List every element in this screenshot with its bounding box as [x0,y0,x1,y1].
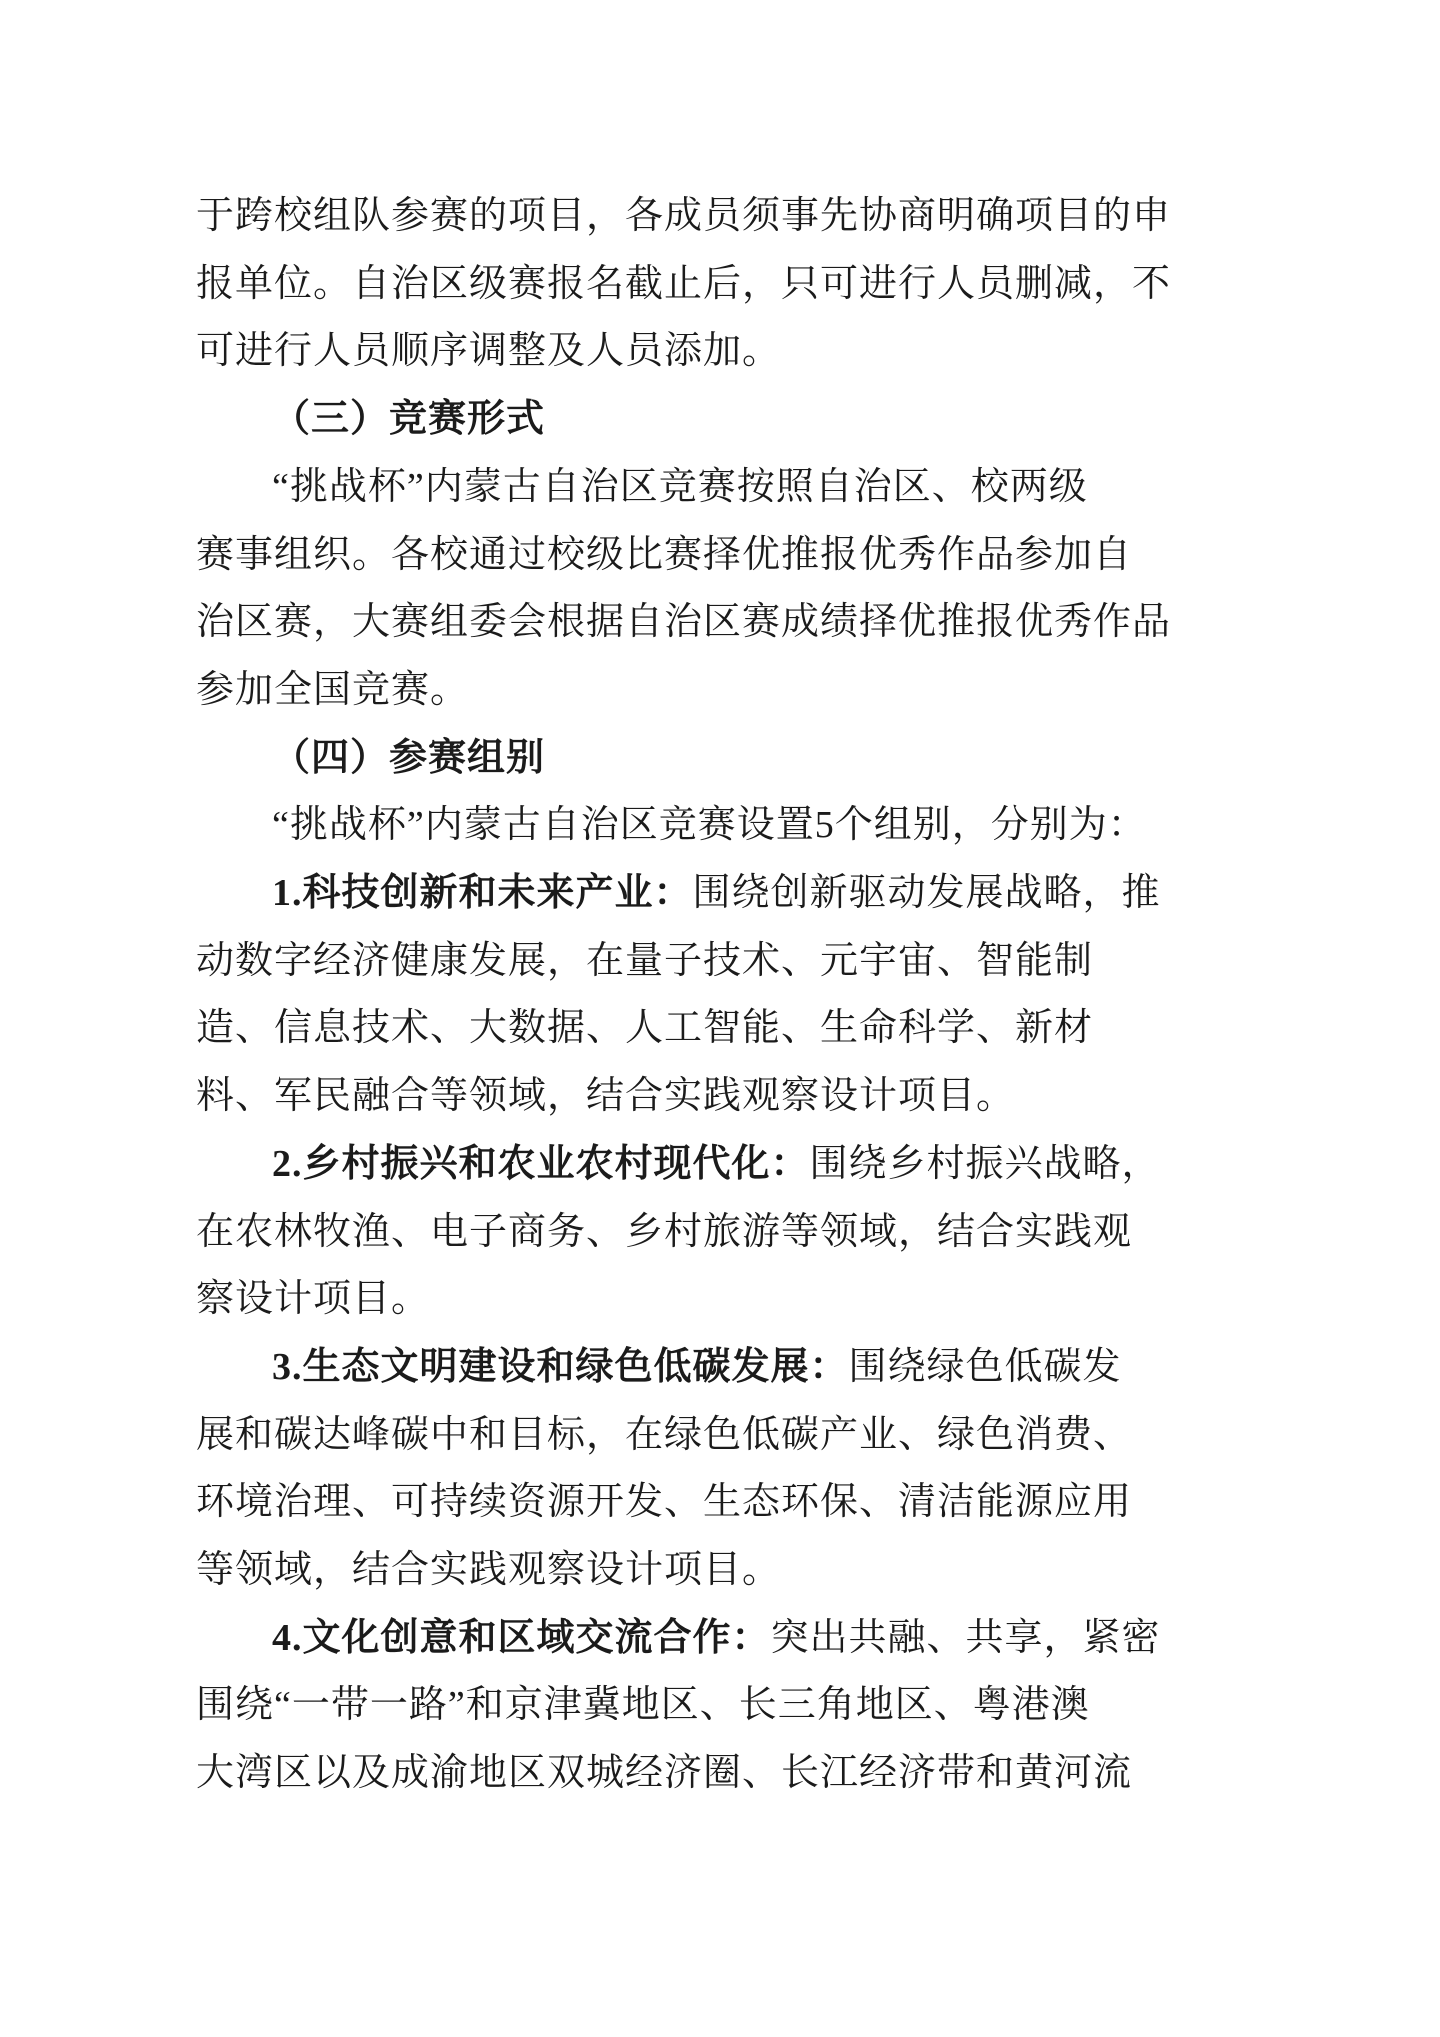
doc-line: “挑战杯”内蒙古自治区竞赛按照自治区、校两级 [196,454,1200,522]
doc-line-text: 等领域，结合实践观察设计项目。 [196,1549,781,1591]
doc-line-text: 料、军民融合等领域，结合实践观察设计项目。 [196,1075,1015,1117]
doc-line-text: 突出共融、共享，紧密 [771,1617,1161,1659]
doc-line-bold: （三）竞赛形式 [272,398,545,440]
doc-item-4: 4.文化创意和区域交流合作：突出共融、共享，紧密 [196,1605,1200,1673]
doc-item-1: 1.科技创新和未来产业：围绕创新驱动发展战略，推 [196,860,1200,928]
doc-line-text: 治区赛，大赛组委会根据自治区赛成绩择优推报优秀作品 [196,601,1171,643]
doc-line-text: 展和碳达峰碳中和目标，在绿色低碳产业、绿色消费、 [196,1414,1132,1456]
doc-line: 动数字经济健康发展，在量子技术、元宇宙、智能制 [196,928,1200,996]
doc-line-text: 动数字经济健康发展，在量子技术、元宇宙、智能制 [196,940,1093,982]
doc-heading-4: （四）参赛组别 [196,725,1200,793]
doc-line: 赛事组织。各校通过校级比赛择优推报优秀作品参加自 [196,522,1200,590]
doc-heading-3: （三）竞赛形式 [196,386,1200,454]
doc-line-text: 可进行人员顺序调整及人员添加。 [196,330,781,372]
doc-line-text: 赛事组织。各校通过校级比赛择优推报优秀作品参加自 [196,534,1132,576]
doc-line-text: 大湾区以及成渝地区双城经济圈、长江经济带和黄河流 [196,1752,1132,1794]
doc-line-text: “挑战杯”内蒙古自治区竞赛按照自治区、校两级 [272,466,1088,508]
doc-line-text: 于跨校组队参赛的项目，各成员须事先协商明确项目的申 [196,195,1171,237]
document-page: 于跨校组队参赛的项目，各成员须事先协商明确项目的申 报单位。自治区级赛报名截止后… [0,0,1440,2037]
doc-line-text: 围绕创新驱动发展战略，推 [693,872,1161,914]
doc-line: 等领域，结合实践观察设计项目。 [196,1537,1200,1605]
doc-line: 围绕“一带一路”和京津冀地区、长三角地区、粤港澳 [196,1672,1200,1740]
doc-line: 报单位。自治区级赛报名截止后，只可进行人员删减，不 [196,251,1200,319]
doc-line: 展和碳达峰碳中和目标，在绿色低碳产业、绿色消费、 [196,1402,1200,1470]
doc-line-bold: 4.文化创意和区域交流合作： [272,1617,771,1659]
doc-line-text: 报单位。自治区级赛报名截止后，只可进行人员删减，不 [196,263,1171,305]
doc-line: 在农林牧渔、电子商务、乡村旅游等领域，结合实践观 [196,1199,1200,1267]
doc-line-text: 围绕绿色低碳发 [849,1346,1122,1388]
doc-item-2: 2.乡村振兴和农业农村现代化：围绕乡村振兴战略， [196,1131,1200,1199]
doc-line: 环境治理、可持续资源开发、生态环保、清洁能源应用 [196,1469,1200,1537]
doc-line: 参加全国竞赛。 [196,657,1200,725]
document-text-block: 于跨校组队参赛的项目，各成员须事先协商明确项目的申 报单位。自治区级赛报名截止后… [196,183,1200,1808]
doc-line-text: 察设计项目。 [196,1278,430,1320]
doc-line: 造、信息技术、大数据、人工智能、生命科学、新材 [196,995,1200,1063]
doc-line-text: 围绕乡村振兴战略， [810,1143,1161,1185]
doc-line-text: 环境治理、可持续资源开发、生态环保、清洁能源应用 [196,1481,1132,1523]
doc-line-text: 在农林牧渔、电子商务、乡村旅游等领域，结合实践观 [196,1211,1132,1253]
doc-line: 治区赛，大赛组委会根据自治区赛成绩择优推报优秀作品 [196,589,1200,657]
doc-item-3: 3.生态文明建设和绿色低碳发展：围绕绿色低碳发 [196,1334,1200,1402]
doc-line-bold: 3.生态文明建设和绿色低碳发展： [272,1346,849,1388]
doc-line: 可进行人员顺序调整及人员添加。 [196,318,1200,386]
doc-line-text: 参加全国竞赛。 [196,669,469,711]
doc-line-bold: （四）参赛组别 [272,737,545,779]
doc-line-bold: 2.乡村振兴和农业农村现代化： [272,1143,810,1185]
doc-line: “挑战杯”内蒙古自治区竞赛设置5个组别，分别为： [196,792,1200,860]
doc-line-text: 围绕“一带一路”和京津冀地区、长三角地区、粤港澳 [196,1684,1090,1726]
doc-line: 料、军民融合等领域，结合实践观察设计项目。 [196,1063,1200,1131]
doc-line: 于跨校组队参赛的项目，各成员须事先协商明确项目的申 [196,183,1200,251]
doc-line-text: 造、信息技术、大数据、人工智能、生命科学、新材 [196,1007,1093,1049]
doc-line: 察设计项目。 [196,1266,1200,1334]
doc-line: 大湾区以及成渝地区双城经济圈、长江经济带和黄河流 [196,1740,1200,1808]
doc-line-bold: 1.科技创新和未来产业： [272,872,693,914]
doc-line-text: “挑战杯”内蒙古自治区竞赛设置5个组别，分别为： [272,804,1147,846]
